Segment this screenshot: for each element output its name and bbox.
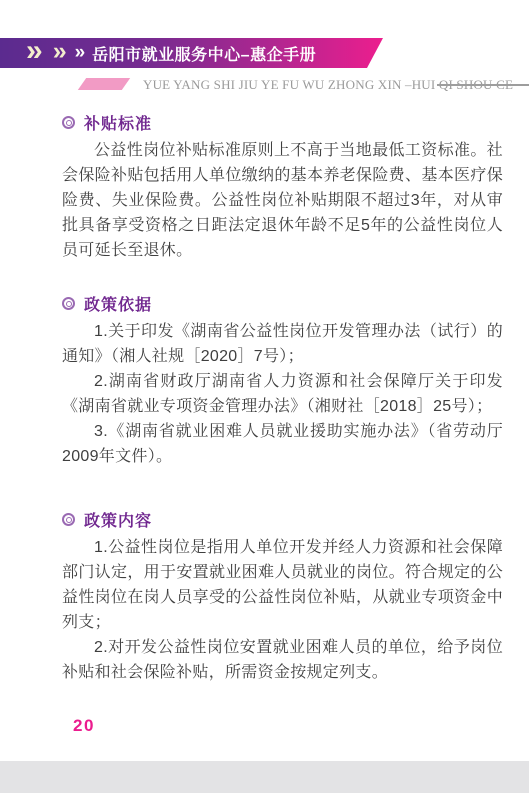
paragraph: 2.湖南省财政厅湖南省人力资源和社会保障厅关于印发《湖南省就业专项资金管理办法》… [62, 369, 503, 419]
section-header: 政策内容 [62, 507, 503, 532]
bottom-edge-strip [0, 761, 529, 793]
section-title: 政策内容 [84, 508, 152, 531]
page-title: 岳阳市就业服务中心–惠企手册 [92, 42, 316, 65]
section-body: 公益性岗位补贴标准原则上不高于当地最低工资标准。社会保险补贴包括用人单位缴纳的基… [62, 138, 503, 263]
section-body: 1.公益性岗位是指用人单位开发并经人力资源和社会保障部门认定，用于安置就业困难人… [62, 535, 503, 685]
bullseye-icon [62, 513, 75, 526]
section-policy-content: 政策内容 1.公益性岗位是指用人单位开发并经人力资源和社会保障部门认定，用于安置… [62, 507, 503, 685]
handbook-page: » » » 岳阳市就业服务中心–惠企手册 YUE YANG SHI JIU YE… [0, 0, 529, 793]
section-body: 1.关于印发《湖南省公益性岗位开发管理办法（试行）的通知》（湘人社规［2020］… [62, 319, 503, 469]
pink-accent-shape [78, 78, 130, 90]
header-banner: » » » 岳阳市就业服务中心–惠企手册 [0, 38, 383, 68]
paragraph: 3.《湖南省就业困难人员就业援助实施办法》（省劳动厅2009年文件）。 [62, 419, 503, 469]
section-header: 补贴标准 [62, 110, 503, 135]
bullseye-icon [62, 297, 75, 310]
paragraph: 公益性岗位补贴标准原则上不高于当地最低工资标准。社会保险补贴包括用人单位缴纳的基… [62, 138, 503, 263]
section-policy-basis: 政策依据 1.关于印发《湖南省公益性岗位开发管理办法（试行）的通知》（湘人社规［… [62, 291, 503, 469]
paragraph: 2.对开发公益性岗位安置就业困难人员的单位，给予岗位补贴和社会保险补贴，所需资金… [62, 635, 503, 685]
section-title: 补贴标准 [84, 111, 152, 134]
section-header: 政策依据 [62, 291, 503, 316]
bullseye-icon [62, 116, 75, 129]
subheader: YUE YANG SHI JIU YE FU WU ZHONG XIN –HUI… [0, 76, 529, 94]
paragraph: 1.公益性岗位是指用人单位开发并经人力资源和社会保障部门认定，用于安置就业困难人… [62, 535, 503, 635]
section-subsidy-standard: 补贴标准 公益性岗位补贴标准原则上不高于当地最低工资标准。社会保险补贴包括用人单… [62, 110, 503, 263]
page-number: 20 [73, 716, 95, 736]
chevron-right-icon: » [26, 36, 43, 66]
section-title: 政策依据 [84, 292, 152, 315]
chevron-right-icon: » [53, 39, 67, 64]
divider-line [437, 84, 529, 86]
page-content: 补贴标准 公益性岗位补贴标准原则上不高于当地最低工资标准。社会保险补贴包括用人单… [62, 110, 503, 685]
chevron-right-icon: » [75, 43, 86, 62]
paragraph: 1.关于印发《湖南省公益性岗位开发管理办法（试行）的通知》（湘人社规［2020］… [62, 319, 503, 369]
